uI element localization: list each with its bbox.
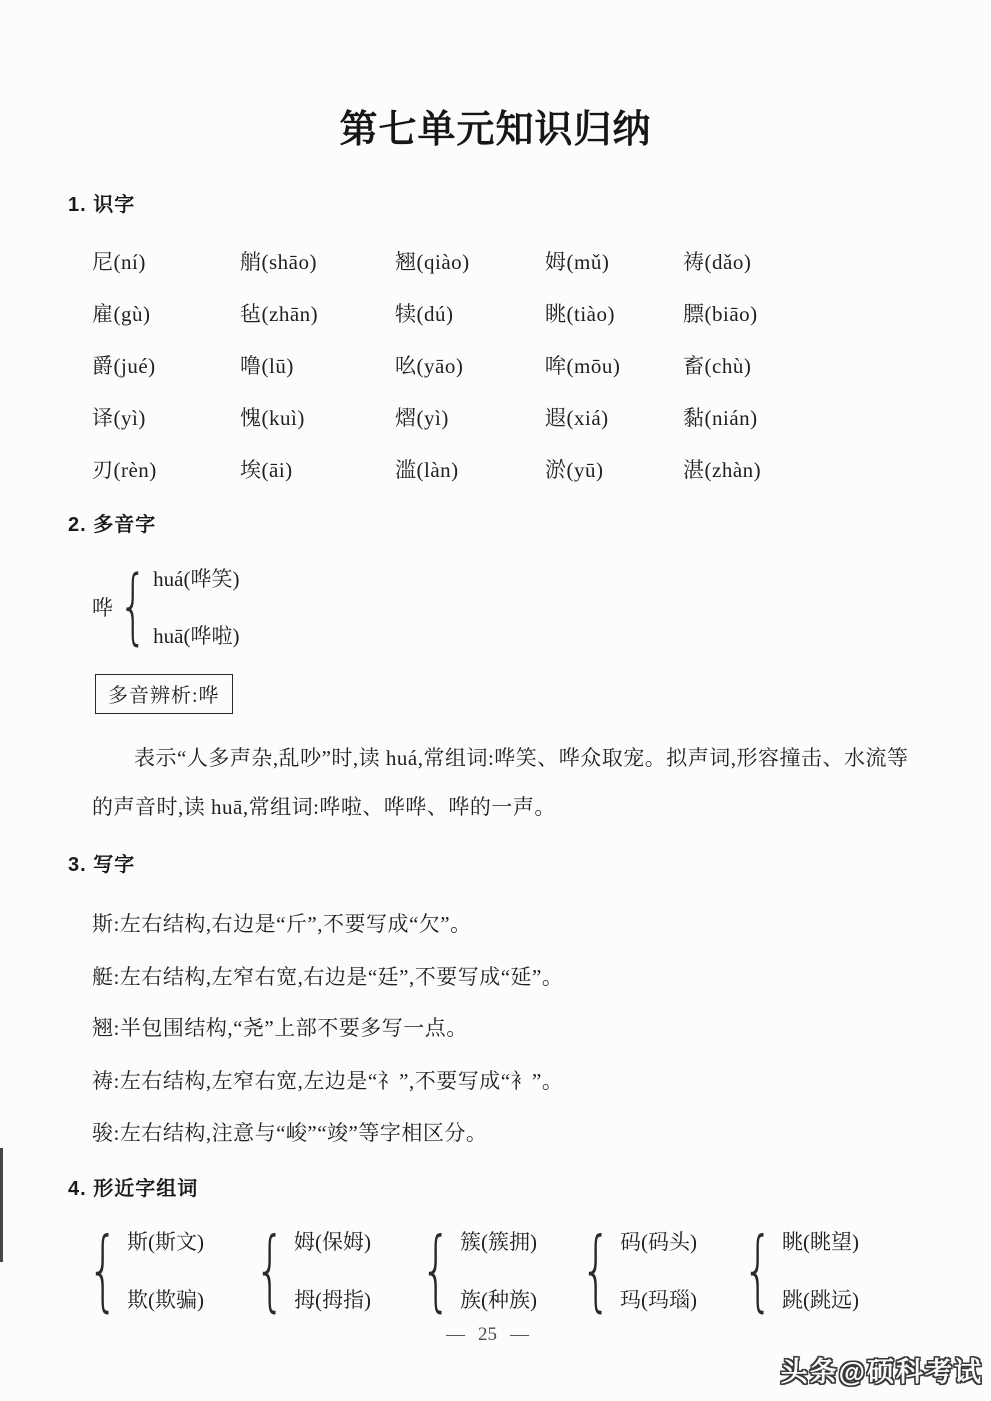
similar-char-group: 姆(保姆) 拇(拇指) bbox=[252, 1226, 371, 1314]
similar-char-group: 簇(簇拥) 族(种族) bbox=[418, 1226, 537, 1314]
char-entry: 黏(nián) bbox=[683, 402, 758, 432]
similar-char-pair: 码(码头) 玛(玛瑙) bbox=[620, 1226, 697, 1314]
word-entry: 码(码头) bbox=[620, 1226, 697, 1256]
char-entry: 遐(xiá) bbox=[545, 402, 683, 432]
char-entry: 滥(làn) bbox=[395, 454, 545, 484]
analysis-paragraph-line: 的声音时,读 huā,常组词:哗啦、哗哗、哗的一声。 bbox=[92, 791, 556, 821]
word-entry: 拇(拇指) bbox=[294, 1284, 371, 1314]
writing-tip: 艇:左右结构,左窄右宽,右边是“廷”,不要写成“延”。 bbox=[92, 961, 563, 991]
char-grid-row: 刃(rèn) 埃(āi) 滥(làn) 淤(yū) 湛(zhàn) bbox=[92, 454, 761, 484]
document-page: 第七单元知识归纳 1. 识字 尼(ní) 艄(shāo) 翘(qiào) 姆(m… bbox=[0, 0, 991, 1401]
page-footer: —25— bbox=[0, 1324, 975, 1346]
char-entry: 犊(dú) bbox=[395, 298, 545, 328]
char-entry: 哞(mōu) bbox=[545, 350, 683, 380]
similar-char-pair: 姆(保姆) 拇(拇指) bbox=[294, 1226, 371, 1314]
char-entry: 姆(mǔ) bbox=[545, 246, 683, 276]
similar-char-group: 码(码头) 玛(玛瑙) bbox=[578, 1226, 697, 1314]
footer-dash: — bbox=[510, 1324, 529, 1345]
word-entry: 玛(玛瑙) bbox=[620, 1284, 697, 1314]
polyphonic-character: 哗 bbox=[92, 592, 113, 622]
char-entry: 眺(tiào) bbox=[545, 298, 683, 328]
word-entry: 姆(保姆) bbox=[294, 1226, 371, 1256]
brace-icon bbox=[421, 1226, 452, 1314]
char-entry: 爵(jué) bbox=[92, 350, 240, 380]
word-entry: 欺(欺骗) bbox=[127, 1284, 204, 1314]
word-entry: 跳(跳远) bbox=[782, 1284, 859, 1314]
brace-icon bbox=[255, 1226, 286, 1314]
char-entry: 祷(dǎo) bbox=[683, 246, 751, 276]
watermark: 头条@硕科考试 bbox=[781, 1350, 983, 1389]
polyphonic-group: 哗 huá(哗笑) huā(哗啦) bbox=[92, 563, 239, 650]
char-entry: 吆(yāo) bbox=[395, 350, 545, 380]
similar-char-pair: 簇(簇拥) 族(种族) bbox=[460, 1226, 537, 1314]
similar-char-pair: 眺(眺望) 跳(跳远) bbox=[782, 1226, 859, 1314]
word-entry: 族(种族) bbox=[460, 1284, 537, 1314]
section-heading-xiezi: 3. 写字 bbox=[68, 848, 135, 877]
similar-char-group: 眺(眺望) 跳(跳远) bbox=[740, 1226, 859, 1314]
writing-tip: 祷:左右结构,左窄右宽,左边是“礻”,不要写成“衤”。 bbox=[92, 1065, 563, 1095]
analysis-paragraph-line: 表示“人多声杂,乱吵”时,读 huá,常组词:哗笑、哗众取宠。拟声词,形容撞击、… bbox=[134, 742, 909, 772]
writing-tip: 斯:左右结构,右边是“斤”,不要写成“欠”。 bbox=[92, 908, 472, 938]
page-title: 第七单元知识归纳 bbox=[0, 98, 991, 153]
char-entry: 淤(yū) bbox=[545, 454, 683, 484]
footer-dash: — bbox=[446, 1324, 465, 1345]
reading-entry: huā(哗啦) bbox=[153, 620, 239, 650]
char-grid-row: 雇(gù) 毡(zhān) 犊(dú) 眺(tiào) 膘(biāo) bbox=[92, 298, 758, 328]
writing-tip: 翘:半包围结构,“尧”上部不要多写一点。 bbox=[92, 1012, 468, 1042]
brace-icon bbox=[581, 1226, 612, 1314]
char-entry: 译(yì) bbox=[92, 402, 240, 432]
section-heading-duoyinzi: 2. 多音字 bbox=[68, 508, 156, 537]
similar-char-pair: 斯(斯文) 欺(欺骗) bbox=[127, 1226, 204, 1314]
writing-tip: 骏:左右结构,注意与“峻”“竣”等字相区分。 bbox=[92, 1117, 487, 1147]
brace-icon bbox=[119, 566, 148, 648]
char-entry: 刃(rèn) bbox=[92, 454, 240, 484]
section-heading-xingjinzi: 4. 形近字组词 bbox=[68, 1172, 198, 1201]
reading-entry: huá(哗笑) bbox=[153, 563, 239, 593]
word-entry: 斯(斯文) bbox=[127, 1226, 204, 1256]
char-grid-row: 爵(jué) 噜(lū) 吆(yāo) 哞(mōu) 畜(chù) bbox=[92, 350, 751, 380]
char-entry: 艄(shāo) bbox=[240, 246, 395, 276]
page-number: 25 bbox=[478, 1324, 497, 1345]
similar-char-group: 斯(斯文) 欺(欺骗) bbox=[85, 1226, 204, 1314]
char-entry: 埃(āi) bbox=[240, 454, 395, 484]
char-entry: 噜(lū) bbox=[240, 350, 395, 380]
char-entry: 畜(chù) bbox=[683, 350, 751, 380]
char-entry: 雇(gù) bbox=[92, 298, 240, 328]
brace-icon bbox=[743, 1226, 774, 1314]
char-entry: 尼(ní) bbox=[92, 246, 240, 276]
scan-artifact-line bbox=[0, 1148, 3, 1262]
section-heading-shizi: 1. 识字 bbox=[68, 188, 135, 217]
polyphonic-readings: huá(哗笑) huā(哗啦) bbox=[153, 563, 239, 650]
char-entry: 毡(zhān) bbox=[240, 298, 395, 328]
analysis-box-label: 多音辨析:哗 bbox=[95, 674, 233, 714]
char-grid-row: 尼(ní) 艄(shāo) 翘(qiào) 姆(mǔ) 祷(dǎo) bbox=[92, 246, 751, 276]
char-entry: 愧(kuì) bbox=[240, 402, 395, 432]
char-entry: 熠(yì) bbox=[395, 402, 545, 432]
char-entry: 翘(qiào) bbox=[395, 246, 545, 276]
word-entry: 簇(簇拥) bbox=[460, 1226, 537, 1256]
brace-icon bbox=[88, 1226, 119, 1314]
char-entry: 湛(zhàn) bbox=[683, 454, 761, 484]
char-grid-row: 译(yì) 愧(kuì) 熠(yì) 遐(xiá) 黏(nián) bbox=[92, 402, 758, 432]
word-entry: 眺(眺望) bbox=[782, 1226, 859, 1256]
char-entry: 膘(biāo) bbox=[683, 298, 758, 328]
